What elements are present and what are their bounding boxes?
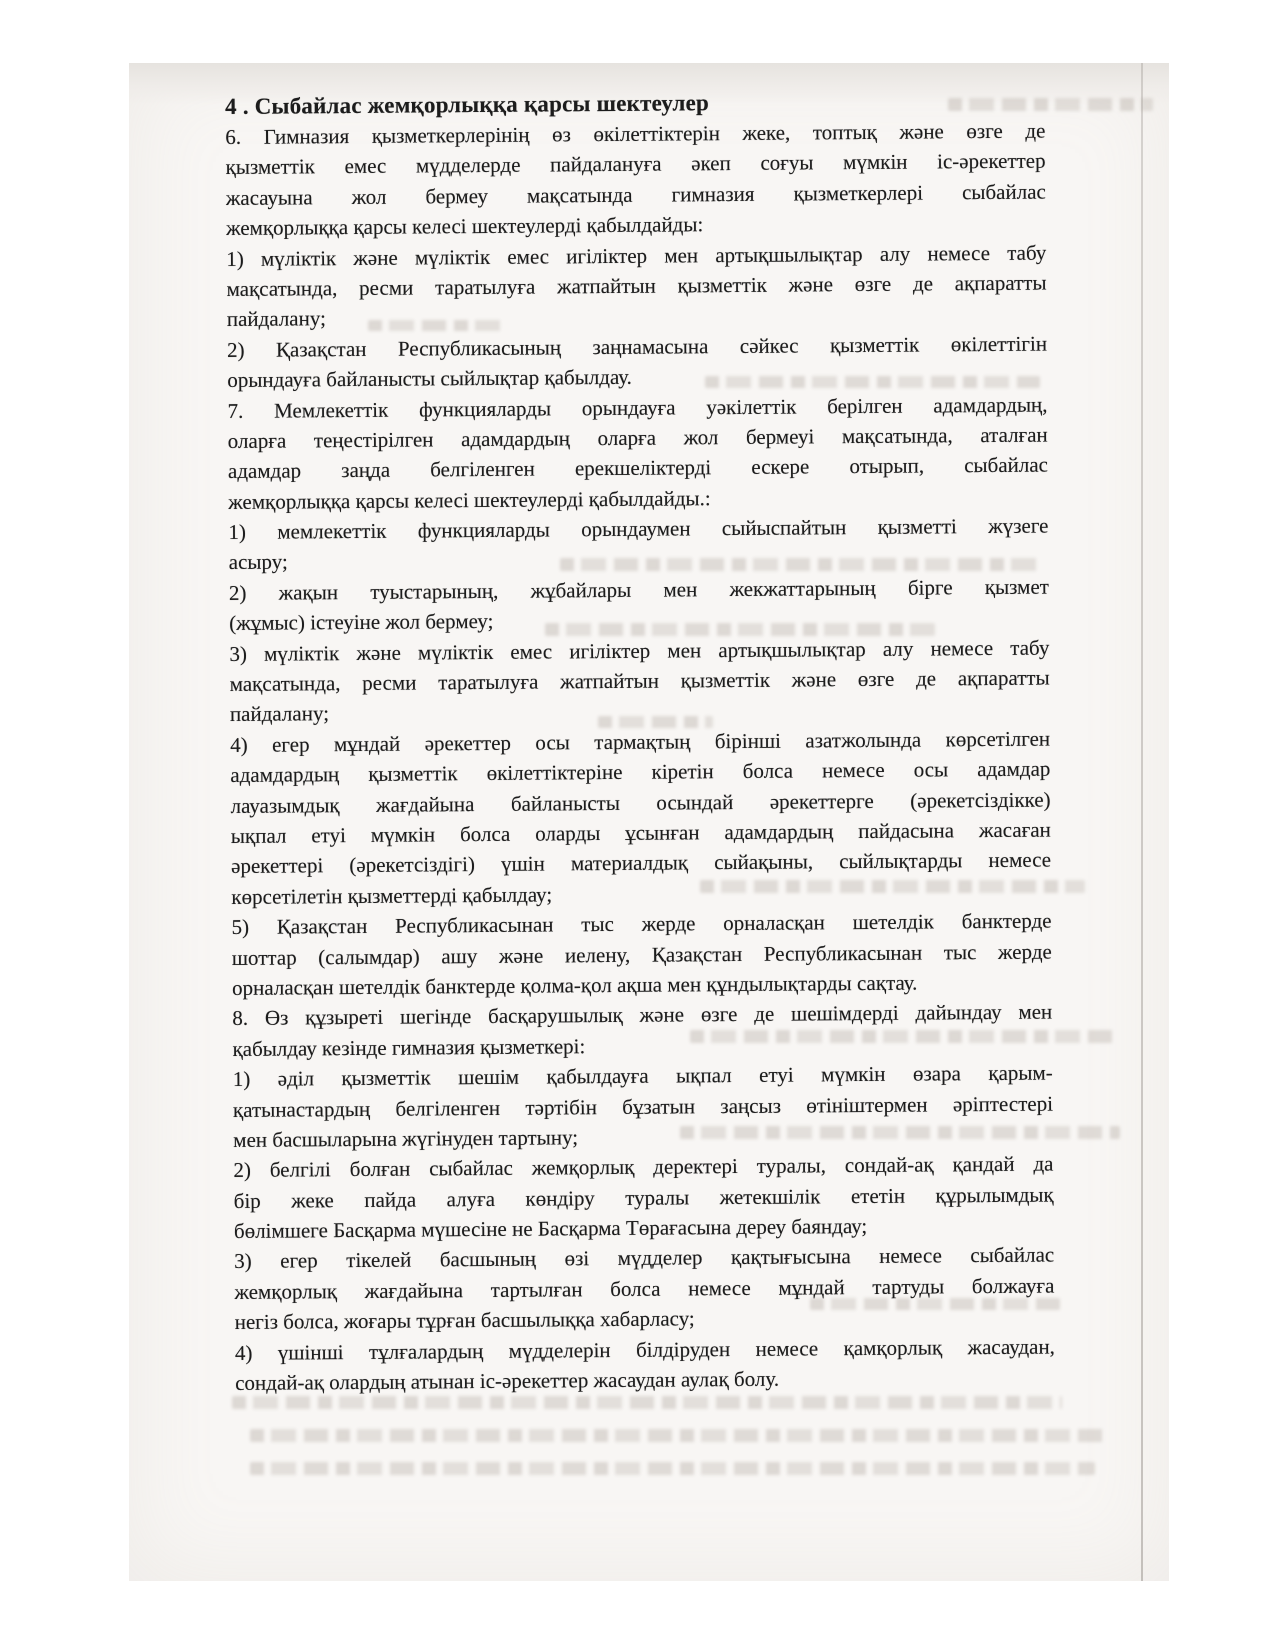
paragraph: 5) Қазақстан Республикасынан тыс жерде о…	[231, 906, 1052, 1004]
bleedthrough-mark	[545, 623, 935, 636]
bleedthrough-mark	[560, 558, 1040, 571]
bleedthrough-mark	[368, 320, 508, 331]
paragraph: 6. Гимназия қызметкерлерінің өз өкілетті…	[225, 116, 1046, 244]
paragraph: 2) белгілі болған сыбайлас жемқорлық дер…	[233, 1149, 1054, 1247]
document-line: әрекеттері (әрекетсіздігі) үшін материал…	[231, 845, 1051, 882]
bleedthrough-mark	[680, 1126, 1120, 1139]
paragraph: 1) әділ қызметтік шешім қабылдауға ықпал…	[233, 1058, 1054, 1156]
page-fold-line	[1141, 63, 1143, 1581]
scanned-document-screenshot: 4 . Сыбайлас жемқорлыққа қарсы шектеулер…	[0, 0, 1275, 1650]
document-line: бір жеке пайда алуға көндіру туралы жете…	[234, 1179, 1054, 1216]
scan-paper: 4 . Сыбайлас жемқорлыққа қарсы шектеулер…	[129, 63, 1169, 1581]
document-line: сондай-ақ олардың атынан іс-әрекеттер жа…	[235, 1362, 1055, 1399]
document-line: адамдар заңда белгіленген ерекшеліктерді…	[228, 450, 1048, 487]
bleedthrough-mark	[705, 376, 1040, 388]
document-line: 8. Өз құзыреті шегінде басқарушылық және…	[232, 997, 1052, 1034]
bleedthrough-mark	[948, 98, 1153, 111]
bleedthrough-line	[250, 1429, 1110, 1442]
bleedthrough-mark	[690, 1030, 1120, 1043]
document-line: қатынастардың белгіленген тәртібін бұзат…	[233, 1088, 1053, 1125]
document-line: 4) үшінші тұлғалардың мүдделерін білдіру…	[235, 1331, 1055, 1368]
bleedthrough-mark	[810, 1298, 1060, 1310]
bleedthrough-mark	[598, 716, 713, 728]
bleedthrough-line	[250, 1462, 1095, 1475]
paragraph: 7. Мемлекеттік функцияларды орындауға уә…	[227, 389, 1048, 517]
paragraphs-container: 6. Гимназия қызметкерлерінің өз өкілетті…	[225, 116, 1055, 1399]
document-line: шоттар (салымдар) ашу және иелену, Қазақ…	[232, 936, 1052, 973]
bleedthrough-line	[232, 1396, 1062, 1409]
paragraph: 4) үшінші тұлғалардың мүдделерін білдіру…	[235, 1331, 1055, 1398]
document-text: 4 . Сыбайлас жемқорлыққа қарсы шектеулер…	[225, 85, 1055, 1399]
paragraph: 3) егер тікелей басшының өзі мүдделер қа…	[234, 1240, 1055, 1338]
paragraph: 1) мүліктік және мүліктік емес игіліктер…	[226, 237, 1047, 335]
bleedthrough-mark	[700, 880, 1085, 893]
